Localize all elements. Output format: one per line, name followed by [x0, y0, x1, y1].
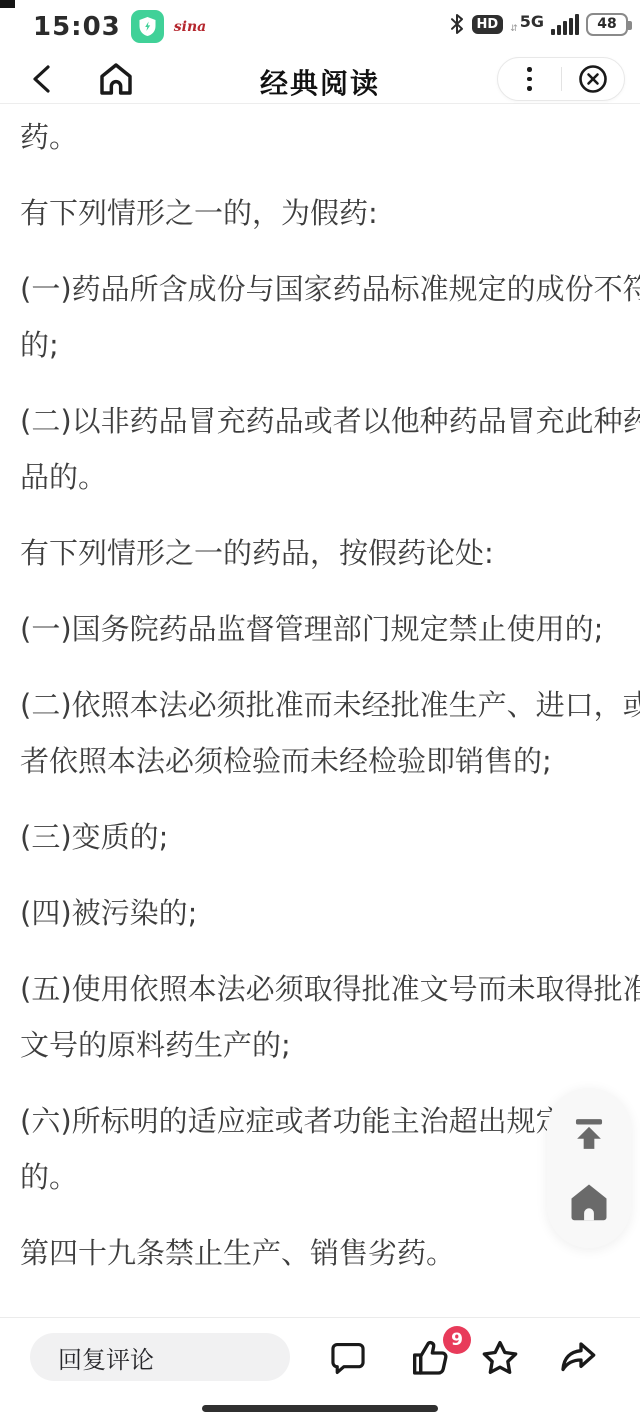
paragraph: 药。: [20, 109, 620, 165]
share-button[interactable]: [558, 1338, 598, 1378]
miniapp-capsule: [497, 57, 625, 101]
paragraph: (一)国务院药品监督管理部门规定禁止使用的;: [20, 601, 620, 657]
comment-bubble-icon: [329, 1339, 367, 1377]
paragraph: (一)药品所含成份与国家药品标准规定的成份不符的;: [20, 261, 620, 373]
status-left-group: 15:03 sina: [33, 10, 206, 43]
paragraph-line: (五)使用依照本法必须取得批准文号而未取得批准: [20, 961, 620, 1017]
sina-logo: sina: [174, 19, 206, 35]
paragraph-line: 有下列情形之一的，为假药:: [20, 185, 620, 241]
paragraph-line: (二)以非药品冒充药品或者以他种药品冒充此种药: [20, 393, 620, 449]
share-arrow-icon: [558, 1338, 598, 1378]
paragraph: (二)以非药品冒充药品或者以他种药品冒充此种药品的。: [20, 393, 620, 505]
reply-comment-input[interactable]: 回复评论: [30, 1333, 290, 1381]
paragraph-line: 有下列情形之一的药品，按假药论处:: [20, 525, 620, 581]
float-home-button[interactable]: [567, 1180, 611, 1224]
network-indicator: ⇵ 5G: [510, 14, 544, 34]
paragraph-line: (一)药品所含成份与国家药品标准规定的成份不符: [20, 261, 620, 317]
bottom-action-bar: 回复评论 9: [0, 1317, 640, 1422]
scroll-to-top-icon: [569, 1118, 609, 1150]
nav-bar: 经典阅读: [0, 55, 640, 104]
close-button[interactable]: [561, 58, 624, 100]
paragraph: (三)变质的;: [20, 809, 620, 865]
status-right-group: HD ⇵ 5G 48: [449, 12, 628, 36]
battery-icon: 48: [586, 13, 628, 36]
paragraph: (五)使用依照本法必须取得批准文号而未取得批准文号的原料药生产的;: [20, 961, 620, 1073]
close-circle-icon: [577, 63, 609, 95]
notification-app-green-shield-icon: [131, 10, 164, 43]
paragraph-line: (三)变质的;: [20, 809, 620, 865]
paragraph-line: (二)依照本法必须批准而未经批准生产、进口，或: [20, 677, 620, 733]
paragraph: (二)依照本法必须批准而未经批准生产、进口，或者依照本法必须检验而未经检验即销售…: [20, 677, 620, 789]
battery-nub: [628, 21, 632, 30]
clock-text: 15:03: [33, 12, 121, 42]
floating-quick-panel: [547, 1088, 631, 1248]
paragraph: 有下列情形之一的药品，按假药论处:: [20, 525, 620, 581]
network-type-label: 5G: [520, 14, 544, 30]
paragraph-line: 品的。: [20, 449, 620, 505]
comment-button[interactable]: [328, 1338, 368, 1378]
kebab-menu-icon: [527, 67, 532, 72]
data-arrows-icon: ⇵: [510, 25, 518, 34]
phone-screen: 15:03 sina HD ⇵ 5G: [0, 0, 640, 1422]
paragraph-line: 文号的原料药生产的;: [20, 1017, 620, 1073]
signal-bars-icon: [551, 14, 579, 35]
more-menu-button[interactable]: [498, 58, 561, 100]
paragraph-line: (六)所标明的适应症或者功能主治超出规定范围: [20, 1093, 620, 1149]
paragraph: (六)所标明的适应症或者功能主治超出规定范围的。: [20, 1093, 620, 1205]
reply-placeholder-text: 回复评论: [58, 1340, 154, 1375]
paragraph: (四)被污染的;: [20, 885, 620, 941]
paragraph-line: (四)被污染的;: [20, 885, 620, 941]
corner-artifact: [0, 0, 15, 8]
scroll-to-top-button[interactable]: [567, 1112, 611, 1156]
paragraph-line: 药。: [20, 109, 620, 165]
paragraph: 第四十九条禁止生产、销售劣药。: [20, 1225, 620, 1281]
paragraph-line: 的。: [20, 1149, 620, 1205]
star-icon: [480, 1338, 520, 1378]
paragraph-line: 第四十九条禁止生产、销售劣药。: [20, 1225, 620, 1281]
article-content-area[interactable]: 药。 有下列情形之一的，为假药: (一)药品所含成份与国家药品标准规定的成份不符…: [0, 105, 640, 1317]
favorite-button[interactable]: [480, 1338, 520, 1378]
hd-badge-icon: HD: [472, 15, 504, 34]
status-bar: 15:03 sina HD ⇵ 5G: [0, 0, 640, 55]
home-filled-icon: [568, 1182, 610, 1222]
like-count-badge: 9: [443, 1326, 471, 1354]
battery-level-text: 48: [597, 17, 616, 31]
bluetooth-icon: [449, 12, 465, 36]
home-indicator-bar[interactable]: [202, 1405, 438, 1412]
paragraph-line: 的;: [20, 317, 620, 373]
paragraph: 有下列情形之一的，为假药:: [20, 185, 620, 241]
paragraph-line: (一)国务院药品监督管理部门规定禁止使用的;: [20, 601, 620, 657]
paragraph-line: 者依照本法必须检验而未经检验即销售的;: [20, 733, 620, 789]
